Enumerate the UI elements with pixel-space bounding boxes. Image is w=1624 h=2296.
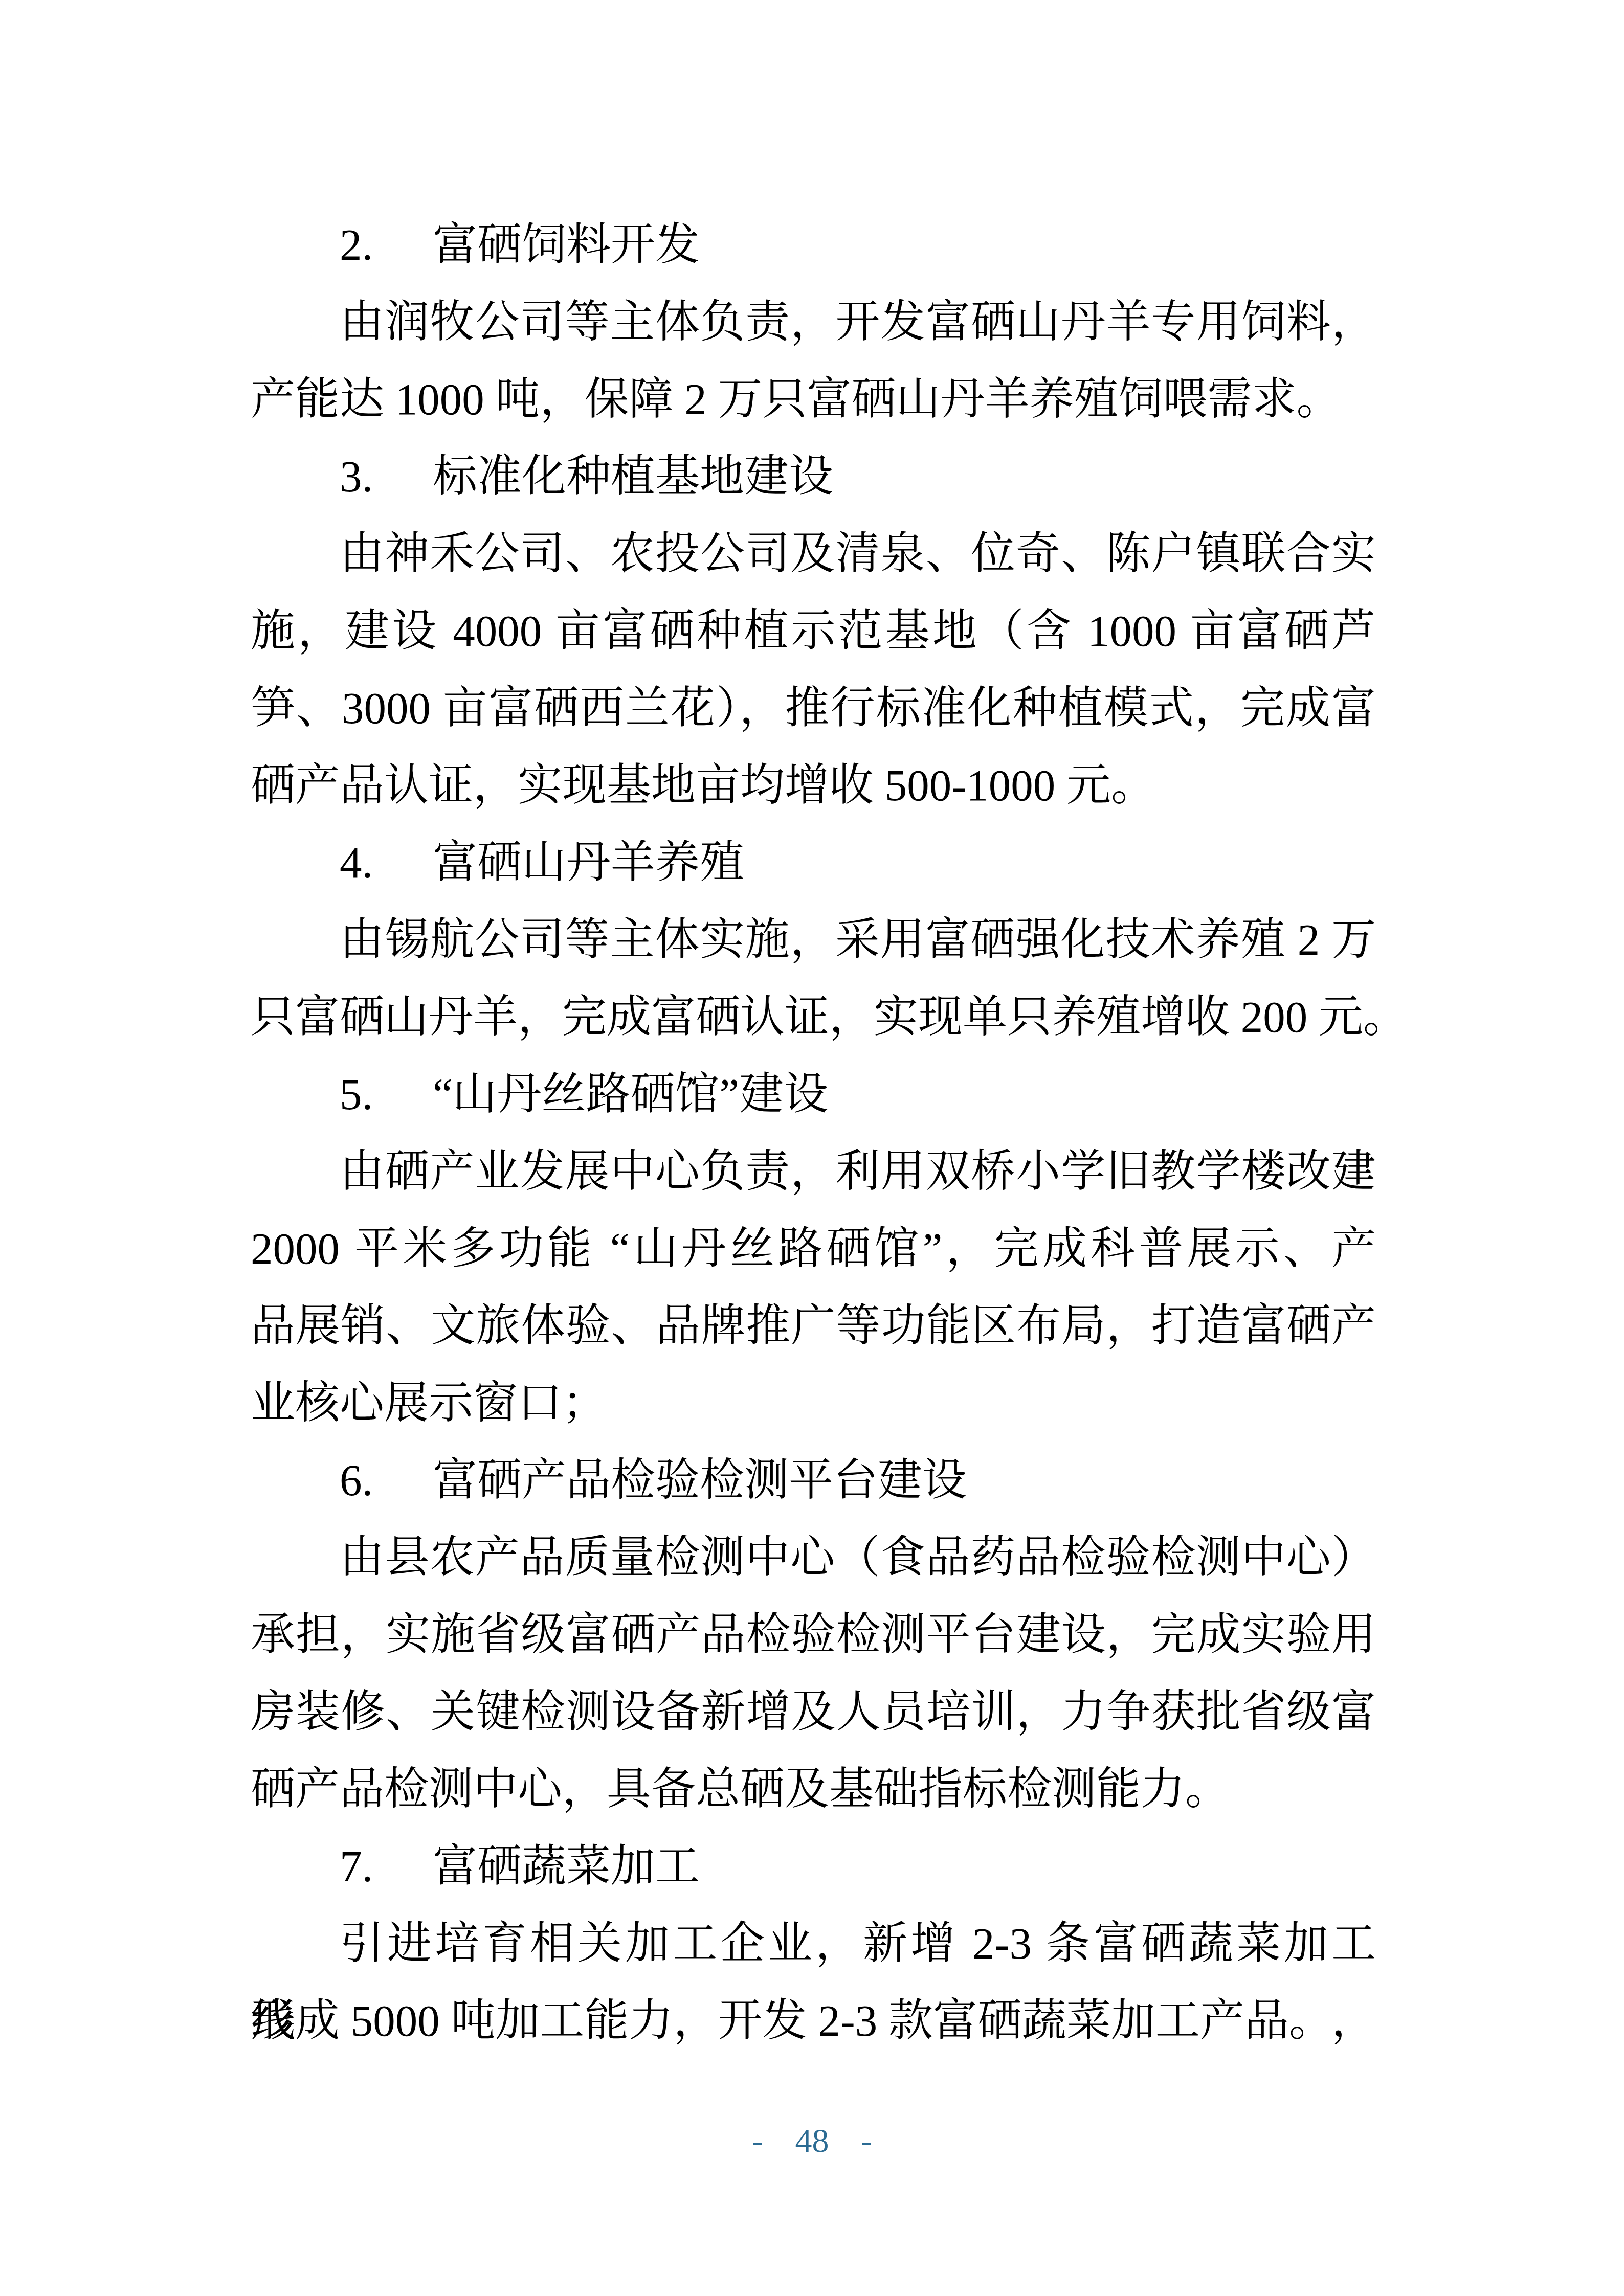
text-line: 笋、3000 亩富硒西兰花），推行标准化种植模式，完成富 — [251, 669, 1376, 747]
section-heading: 3.标准化种植基地建设 — [251, 438, 1376, 515]
heading-title: 富硒产品检验检测平台建设 — [433, 1455, 967, 1505]
text-line: 品展销、文旅体验、品牌推广等功能区布局，打造富硒产 — [251, 1287, 1376, 1364]
text-line: 房装修、关键检测设备新增及人员培训，力争获批省级富 — [251, 1673, 1376, 1750]
section-heading: 7.富硒蔬菜加工 — [251, 1828, 1376, 1905]
text-line: 由润牧公司等主体负责，开发富硒山丹羊专用饲料， — [251, 283, 1376, 361]
document-body: 2.富硒饲料开发 由润牧公司等主体负责，开发富硒山丹羊专用饲料， 产能达 100… — [251, 206, 1376, 2059]
text-line: 由硒产业发展中心负责，利用双桥小学旧教学楼改建 — [251, 1133, 1376, 1210]
text-line: 由锡航公司等主体实施，采用富硒强化技术养殖 2 万 — [251, 901, 1376, 978]
heading-number: 3. — [340, 438, 433, 515]
text-line: 产能达 1000 吨，保障 2 万只富硒山丹羊养殖饲喂需求。 — [251, 361, 1376, 438]
heading-title: 富硒蔬菜加工 — [433, 1841, 700, 1891]
heading-number: 5. — [340, 1055, 433, 1133]
heading-number: 6. — [340, 1442, 433, 1519]
text-line: 形成 5000 吨加工能力，开发 2-3 款富硒蔬菜加工产品。 — [251, 1982, 1376, 2059]
page-number: - 48 - — [0, 2118, 1624, 2164]
section-heading: 4.富硒山丹羊养殖 — [251, 824, 1376, 901]
text-line: 业核心展示窗口； — [251, 1364, 1376, 1442]
text-line: 引进培育相关加工企业，新增 2-3 条富硒蔬菜加工线， — [251, 1905, 1376, 1982]
heading-title: 富硒饲料开发 — [433, 220, 700, 269]
text-line: 硒产品检测中心，具备总硒及基础指标检测能力。 — [251, 1750, 1376, 1828]
text-line: 2000 平米多功能 “山丹丝路硒馆”，完成科普展示、产 — [251, 1210, 1376, 1287]
heading-title: 富硒山丹羊养殖 — [433, 838, 744, 887]
heading-number: 2. — [340, 206, 433, 283]
text-line: 只富硒山丹羊，完成富硒认证，实现单只养殖增收 200 元。 — [251, 978, 1376, 1055]
text-line: 由神禾公司、农投公司及清泉、位奇、陈户镇联合实 — [251, 515, 1376, 592]
heading-title: “山丹丝路硒馆”建设 — [433, 1069, 828, 1119]
section-heading: 5.“山丹丝路硒馆”建设 — [251, 1055, 1376, 1133]
section-heading: 6.富硒产品检验检测平台建设 — [251, 1442, 1376, 1519]
text-line: 硒产品认证，实现基地亩均增收 500-1000 元。 — [251, 747, 1376, 824]
document-page: 2.富硒饲料开发 由润牧公司等主体负责，开发富硒山丹羊专用饲料， 产能达 100… — [0, 0, 1624, 2296]
heading-number: 4. — [340, 824, 433, 901]
text-line: 承担，实施省级富硒产品检验检测平台建设，完成实验用 — [251, 1596, 1376, 1673]
text-line: 由县农产品质量检测中心（食品药品检验检测中心） — [251, 1519, 1376, 1596]
heading-number: 7. — [340, 1828, 433, 1905]
heading-title: 标准化种植基地建设 — [433, 452, 833, 501]
section-heading: 2.富硒饲料开发 — [251, 206, 1376, 283]
text-line: 施，建设 4000 亩富硒种植示范基地（含 1000 亩富硒芦 — [251, 592, 1376, 669]
